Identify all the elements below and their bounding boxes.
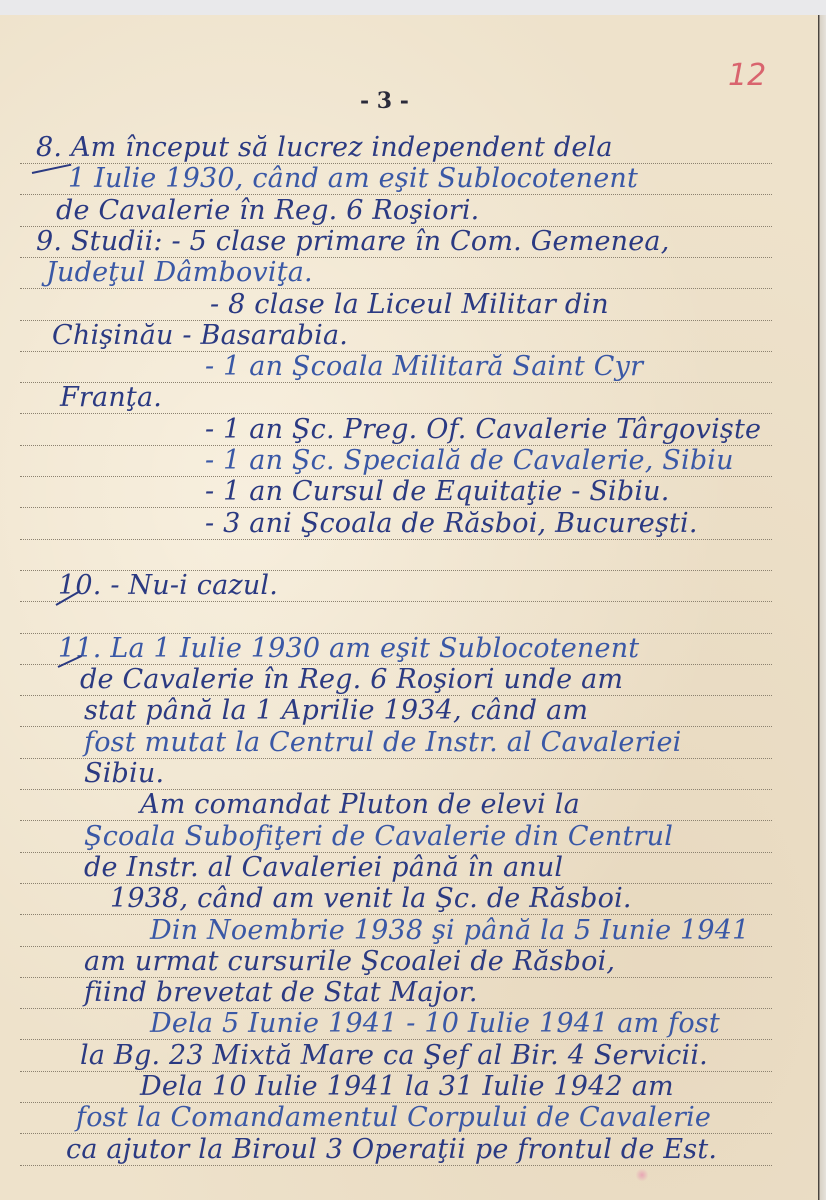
handwritten-line: la Bg. 23 Mixtă Mare ca Şef al Bir. 4 Se… — [80, 1041, 708, 1071]
handwritten-line: fost la Comandamentul Corpului de Cavale… — [76, 1103, 711, 1133]
handwritten-line: 11. La 1 Iulie 1930 am eşit Sublocotenen… — [58, 634, 639, 664]
handwritten-line: fost mutat la Centrul de Instr. al Caval… — [84, 728, 682, 758]
handwritten-line: de Cavalerie în Reg. 6 Roşiori unde am — [80, 665, 623, 695]
handwritten-line: Am comandat Pluton de elevi la — [140, 790, 580, 820]
handwritten-line: ca ajutor la Biroul 3 Operaţii pe frontu… — [66, 1135, 717, 1165]
ruled-line — [20, 1165, 772, 1166]
handwritten-line: Dela 5 Iunie 1941 - 10 Iulie 1941 am fos… — [150, 1009, 720, 1039]
handwritten-line: 10. - Nu-i cazul. — [58, 571, 278, 601]
handwritten-line: de Instr. al Cavaleriei până în anul — [84, 853, 563, 883]
archive-page-number: 12 — [728, 58, 766, 93]
ink-stain — [636, 1168, 648, 1182]
handwritten-line: Din Noembrie 1938 şi până la 5 Iunie 194… — [150, 916, 750, 946]
ruled-line — [20, 539, 772, 540]
handwritten-line: - 8 clase la Liceul Militar din — [210, 290, 609, 320]
handwritten-line: 1 Iulie 1930, când am eşit Sublocotenent — [68, 164, 638, 194]
handwritten-line: stat până la 1 Aprilie 1934, când am — [84, 696, 588, 726]
handwritten-line: Şcoala Subofiţeri de Cavalerie din Centr… — [84, 822, 673, 852]
handwritten-line: 8. Am început să lucrez independent dela — [36, 133, 613, 163]
handwritten-line: - 1 an Cursul de Equitaţie - Sibiu. — [205, 477, 670, 507]
handwritten-line: - 1 an Şc. Specială de Cavalerie, Sibiu — [205, 446, 734, 476]
handwritten-line: Franţa. — [60, 383, 162, 413]
handwritten-line: Judeţul Dâmboviţa. — [46, 258, 313, 288]
handwritten-line: - 1 an Şcoala Militară Saint Cyr — [205, 352, 643, 382]
page-marker: - 3 - — [360, 88, 409, 114]
handwritten-line: Sibiu. — [84, 759, 164, 789]
ruled-line — [20, 601, 772, 602]
handwritten-line: de Cavalerie în Reg. 6 Roşiori. — [56, 196, 479, 226]
handwritten-line: - 3 ani Şcoala de Răsboi, Bucureşti. — [205, 509, 698, 539]
handwritten-line: - 1 an Şc. Preg. Of. Cavalerie Târgovişt… — [205, 415, 761, 445]
handwritten-line: Chişinău - Basarabia. — [52, 321, 348, 351]
handwritten-line: am urmat cursurile Şcoalei de Răsboi, — [84, 947, 615, 977]
handwritten-line: 1938, când am venit la Şc. de Răsboi. — [110, 884, 632, 914]
handwritten-line: 9. Studii: - 5 clase primare în Com. Gem… — [36, 227, 670, 257]
handwritten-line: Dela 10 Iulie 1941 la 31 Iulie 1942 am — [140, 1072, 674, 1102]
page-edge — [818, 15, 826, 1200]
handwritten-line: fiind brevetat de Stat Major. — [84, 978, 478, 1008]
